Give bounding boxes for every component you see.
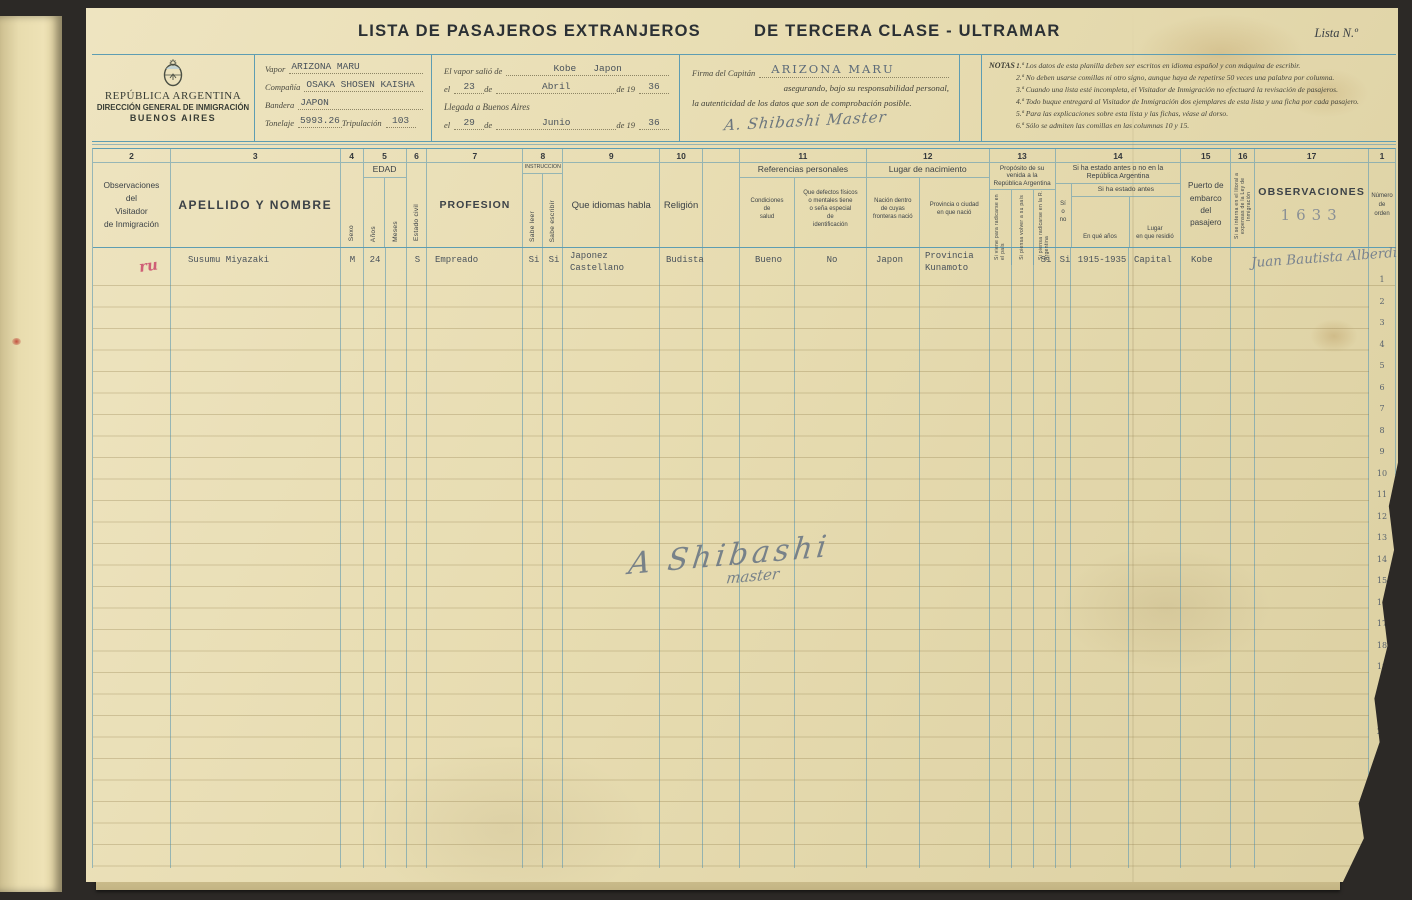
colnum-7: 7 (427, 149, 523, 162)
dia-llegada-value: 29 (454, 117, 484, 130)
header-estado-civil: Estado civil (413, 204, 420, 241)
cell-idiomas: Japonez Castellano (564, 248, 661, 285)
header-apellido-nombre: APELLIDO Y NOMBRE (171, 163, 340, 247)
header-lugar-residio: Lugar en que residió (1136, 226, 1174, 242)
cell-nombre: Susumu Miyazaki (171, 248, 341, 285)
header-meses: Meses (392, 221, 399, 242)
colnum-6: 6 (407, 149, 428, 162)
agency-city: BUENOS AIRES (92, 113, 254, 123)
vapor-value: ARIZONA MARU (289, 61, 423, 74)
cell-religion: Budista (661, 248, 704, 285)
agency-box: REPÚBLICA ARGENTINA DIRECCIÓN GENERAL DE… (92, 55, 255, 141)
agency-department: DIRECCIÓN GENERAL DE INMIGRACIÓN (92, 103, 254, 112)
header-nacimiento-group: Lugar de nacimiento Nación dentro de cuy… (867, 163, 990, 247)
cell-blank (704, 248, 741, 285)
header-instruccion: INSTRUCCION (523, 163, 562, 174)
row-number-15: 15 (1369, 566, 1395, 588)
colnum-blank (703, 149, 740, 162)
de-label-2: de (484, 120, 492, 130)
header-provincia: Provincia o ciudad en que nació (930, 202, 979, 218)
de-label: de (484, 84, 492, 94)
row-number-7: 7 (1369, 394, 1395, 416)
voyage-box: El vapor salió de Kobe Japon el 23 de Ab… (432, 55, 680, 141)
red-stain-dot (12, 338, 21, 345)
cell-nacion: Japon (868, 248, 921, 285)
colnum-14: 14 (1056, 149, 1182, 162)
cell-meses (386, 248, 407, 285)
row-number-26: 26 (1369, 802, 1395, 824)
column-number-row: 2 3 4 5 6 7 8 9 10 11 12 13 14 15 16 17 … (93, 148, 1395, 163)
header-nacion: Nación dentro de cuyas fronteras nació (873, 198, 913, 221)
notas-list: 1.ª Los datos de esta planilla deben ser… (1016, 60, 1388, 132)
row-number-16: 16 (1369, 587, 1395, 609)
header-lugar-nacimiento: Lugar de nacimiento (867, 163, 989, 178)
row-number-8: 8 (1369, 415, 1395, 437)
colnum-2: 2 (93, 149, 171, 162)
header-si-o-no: Sí o no (1060, 201, 1067, 224)
ship-info-box: Vapor ARIZONA MARU Compañía OSAKA SHOSEN… (255, 55, 432, 141)
cell-estado-antes: Si (1057, 248, 1073, 285)
header-idiomas: Que idiomas habla (563, 163, 659, 247)
header-profesion: PROFESION (427, 163, 522, 247)
header-instruccion-group: INSTRUCCION Sabe leer Sabe escribir (523, 163, 563, 247)
row-number-21: 21 (1369, 695, 1395, 717)
header-defectos: Que defectos físicos o mentales tiene o … (803, 190, 857, 229)
colnum-13: 13 (990, 149, 1056, 162)
page-stamp-number: 1633 (1281, 206, 1343, 224)
colnum-1: 1 (1369, 149, 1395, 162)
page-title-right: DE TERCERA CLASE - ULTRAMAR (754, 22, 1060, 41)
row-number-rail: 1234567891011121314151617181920212223242… (1369, 248, 1395, 868)
nota-item-3: 3.ª Cuando una lista esté incompleta, el… (1016, 84, 1388, 96)
dia-salida-value: 23 (454, 81, 484, 94)
scanned-passenger-list: { "title": { "left": "LISTA DE PASAJEROS… (0, 0, 1412, 900)
cell-sabe-escribir: Si (544, 248, 564, 285)
notas-box: NOTAS : 1.ª Los datos de esta planilla d… (982, 55, 1396, 141)
cell-provincia: Provincia Kunamoto (921, 248, 991, 285)
row-number-12: 12 (1369, 501, 1395, 523)
llegada-label: Llegada a Buenos Aires (444, 102, 530, 112)
row-number-5: 5 (1369, 351, 1395, 373)
firma-ship-handwritten: ARIZONA MARU (761, 62, 894, 76)
header-condiciones-salud: Condiciones de salud (750, 198, 783, 221)
captain-box: Firma del Capitán ARIZONA MARU asegurand… (680, 55, 960, 141)
row-number-4: 4 (1369, 329, 1395, 351)
header-referencias-group: Referencias personales Condiciones de sa… (740, 163, 867, 247)
salio-puerto-value: Kobe Japon (506, 63, 669, 76)
colnum-17: 17 (1255, 149, 1369, 162)
nota-item-5: 5.ª Para las explicaciones sobre esta li… (1016, 108, 1388, 120)
mes-llegada-value: Junio (496, 117, 616, 130)
row-number-20: 20 (1369, 673, 1395, 695)
notas-label: NOTAS : (989, 61, 1019, 70)
tonelaje-label: Tonelaje (265, 118, 294, 128)
passenger-row-1: ru Susumu Miyazaki M 24 S Empreado Si Si… (93, 248, 1395, 286)
cell-sexo: M (341, 248, 364, 285)
row-number-14: 14 (1369, 544, 1395, 566)
de19-label: de 19 (616, 84, 635, 94)
header-religion: Religión (660, 163, 702, 247)
header-en-que-anios: En qué años (1083, 234, 1117, 242)
compania-label: Compañía (265, 82, 300, 92)
cell-anios: 24 (364, 248, 386, 285)
header-edad-group: EDAD Años Meses (364, 163, 407, 247)
title-bar: LISTA DE PASAJEROS EXTRANJEROS DE TERCER… (86, 22, 1398, 50)
colnum-8: 8 (523, 149, 563, 162)
nota-item-6: 6.ª Sólo se admiten las comillas en las … (1016, 120, 1388, 132)
lista-number-label: Lista N.º (1315, 26, 1358, 41)
header-observaciones: OBSERVACIONES (1258, 186, 1365, 198)
visitador-red-mark: ru (92, 250, 173, 284)
colnum-9: 9 (563, 149, 660, 162)
cell-sabe-leer: Si (524, 248, 544, 285)
header-sabe-escribir: Sabe escribir (549, 200, 556, 242)
row-number-6: 6 (1369, 372, 1395, 394)
argentina-coat-of-arms-icon (160, 58, 186, 88)
nota-item-4: 4.ª Todo buque entregará al Visitador de… (1016, 96, 1388, 108)
colnum-11: 11 (740, 149, 867, 162)
row-number-3: 3 (1369, 308, 1395, 330)
colnum-4: 4 (341, 149, 364, 162)
header-puerto-embarco: Puerto de embarco del pasajero (1181, 163, 1230, 247)
header-blank-column (703, 163, 740, 247)
header-edad: EDAD (364, 163, 406, 178)
tripulacion-label: Tripulación (342, 118, 382, 128)
header-estado-antes-group: Si ha estado antes o no en la República … (1056, 163, 1182, 247)
captain-signature: A. Shibashi Master (691, 106, 920, 136)
row-number-28: 28 (1369, 845, 1395, 867)
divider-column (960, 55, 982, 141)
header-interna-litoral: Si se interna en el litoral a expensas d… (1234, 171, 1252, 241)
colnum-5: 5 (364, 149, 407, 162)
row-number-27: 27 (1369, 824, 1395, 846)
compania-value: OSAKA SHOSEN KAISHA (304, 79, 423, 92)
cell-defectos: No (796, 248, 868, 285)
header-proposito: Propósito de su venida a la República Ar… (990, 163, 1055, 190)
bandera-label: Bandera (265, 100, 294, 110)
colnum-10: 10 (660, 149, 703, 162)
cell-en-que-anios: 1915-1935 (1073, 248, 1131, 285)
form-header-strip: REPÚBLICA ARGENTINA DIRECCIÓN GENERAL DE… (92, 54, 1396, 142)
tripulacion-value: 103 (386, 115, 416, 128)
el-label-2: el (444, 120, 450, 130)
header-anios: Años (370, 226, 377, 242)
book-page-stack-edge (0, 16, 62, 892)
row-number-13: 13 (1369, 523, 1395, 545)
anio-salida-value: 36 (639, 81, 669, 94)
header-estado-antes: Si ha estado antes o no en la República … (1056, 163, 1181, 184)
cell-estado-civil: S (407, 248, 428, 285)
agency-name: REPÚBLICA ARGENTINA (92, 90, 254, 102)
el-label: el (444, 84, 450, 94)
cell-profesion: Empreado (428, 248, 524, 285)
anio-llegada-value: 36 (639, 117, 669, 130)
header-sabe-leer: Sabe leer (529, 211, 536, 242)
salio-label: El vapor salió de (444, 66, 502, 76)
header-ha-estado-antes-group: Si ha estado antes En qué años Lugar en … (1072, 184, 1181, 247)
firma-capitan-label: Firma del Capitán (692, 68, 755, 78)
cell-proposito: Si (1035, 248, 1057, 285)
header-ha-estado-antes: Si ha estado antes (1072, 184, 1181, 197)
bandera-value: JAPON (298, 97, 423, 110)
colnum-12: 12 (867, 149, 990, 162)
row-number-2: 2 (1369, 286, 1395, 308)
nota-item-1: 1.ª Los datos de esta planilla deben ser… (1016, 60, 1388, 72)
cell-observacion-handwritten: Juan Bautista Alberdi (1251, 245, 1398, 271)
passenger-table: 2 3 4 5 6 7 8 9 10 11 12 13 14 15 16 17 … (92, 148, 1396, 868)
header-referencias: Referencias personales (740, 163, 866, 178)
row-number-19: 19 (1369, 652, 1395, 674)
row-number-10: 10 (1369, 458, 1395, 480)
row-number-24: 24 (1369, 759, 1395, 781)
row-number-23: 23 (1369, 738, 1395, 760)
row-number-22: 22 (1369, 716, 1395, 738)
header-numero-orden: Número de orden (1369, 163, 1395, 247)
table-header-row: Observaciones del Visitador de Inmigraci… (93, 163, 1395, 248)
captain-statement-line1: asegurando, bajo su responsabilidad pers… (692, 83, 949, 93)
header-observaciones-visitador: Observaciones del Visitador de Inmigraci… (93, 163, 170, 247)
page-title-left: LISTA DE PASAJEROS EXTRANJEROS (358, 22, 701, 41)
document-page: LISTA DE PASAJEROS EXTRANJEROS DE TERCER… (86, 8, 1398, 882)
row-number-17: 17 (1369, 609, 1395, 631)
colnum-15: 15 (1181, 149, 1231, 162)
table-body: 1234567891011121314151617181920212223242… (93, 248, 1395, 868)
colnum-3: 3 (171, 149, 341, 162)
de19-label-2: de 19 (616, 120, 635, 130)
cell-lugar-residio: Capital (1131, 248, 1183, 285)
nota-item-2: 2.ª No deben usarse comillas ni otro sig… (1016, 72, 1388, 84)
cell-salud: Bueno (741, 248, 796, 285)
vapor-label: Vapor (265, 64, 285, 74)
header-proposito-group: Propósito de su venida a la República Ar… (990, 163, 1056, 247)
row-number-11: 11 (1369, 480, 1395, 502)
row-number-9: 9 (1369, 437, 1395, 459)
tonelaje-value: 5993.26 (298, 115, 342, 128)
cell-puerto: Kobe (1183, 248, 1233, 285)
row-number-18: 18 (1369, 630, 1395, 652)
row-number-25: 25 (1369, 781, 1395, 803)
header-sexo: Sexo (348, 225, 355, 241)
mes-salida-value: Abril (496, 81, 616, 94)
colnum-16: 16 (1231, 149, 1255, 162)
